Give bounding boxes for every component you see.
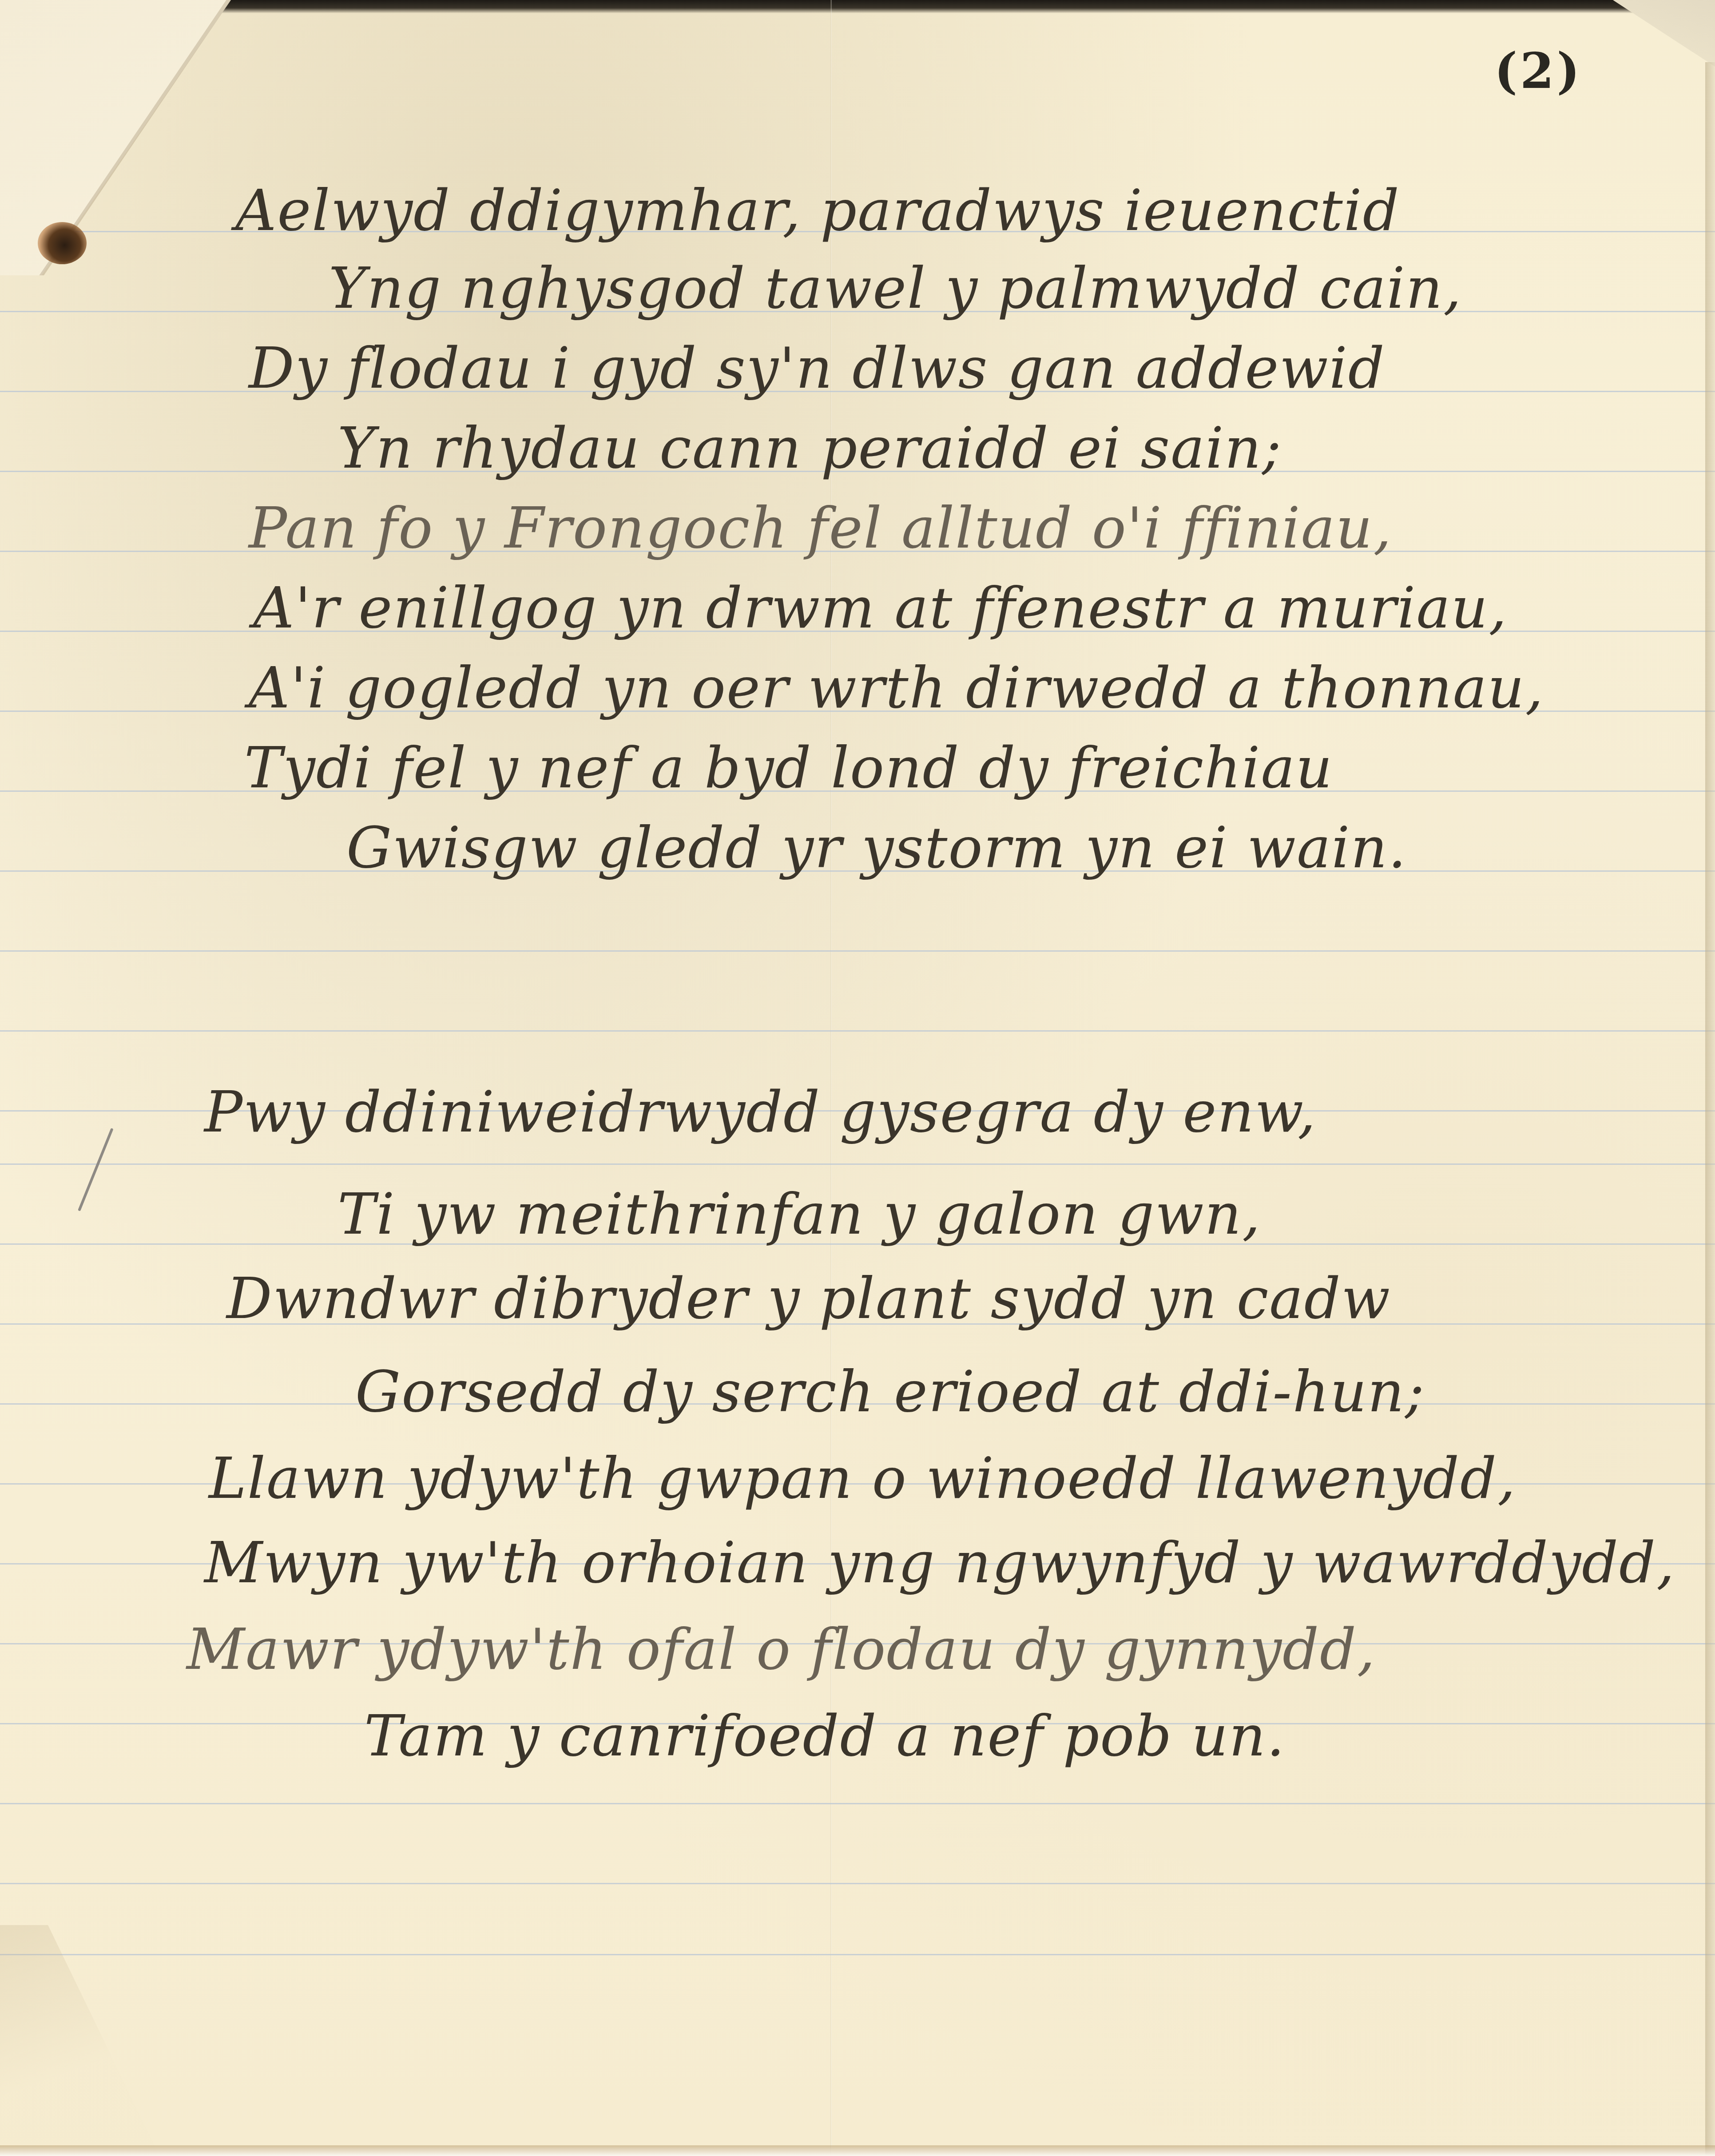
verse-line: Tydi fel y nef a byd lond dy freichiau [244, 735, 1333, 801]
verse-line: A'i gogledd yn oer wrth dirwedd a thonna… [249, 655, 1544, 721]
verse-line: Pan fo y Frongoch fel alltud o'i ffiniau… [249, 495, 1392, 561]
verse-line: Pwy ddiniweidrwydd gysegra dy enw, [204, 1079, 1317, 1145]
manuscript-page: (2) Aelwyd ddigymhar, paradwys ieuenctid… [0, 0, 1715, 2156]
curled-corner-bottom-left [0, 1925, 160, 2156]
ruled-line [0, 1163, 1715, 1165]
page-number: (2) [1494, 42, 1583, 99]
rust-stain-hole [38, 222, 87, 264]
verse-line: Gwisgw gledd yr ystorm yn ei wain. [346, 815, 1407, 881]
ruled-line [0, 1954, 1715, 1955]
verse-line: Tam y canrifoedd a nef pob un. [364, 1703, 1286, 1769]
verse-line: Mwyn yw'th orhoian yng ngwynfyd y wawrdd… [204, 1530, 1675, 1596]
verse-line: Dwndwr dibryder y plant sydd yn cadw [226, 1266, 1391, 1332]
ruled-line [0, 950, 1715, 952]
ruled-line [0, 1883, 1715, 1884]
ruled-line [0, 1030, 1715, 1032]
verse-line: Llawn ydyw'th gwpan o winoedd llawenydd, [209, 1445, 1517, 1512]
verse-line: Yn rhydau cann peraidd ei sain; [337, 415, 1282, 481]
fold-crease [830, 0, 832, 2156]
verse-line: Ti yw meithrinfan y galon gwn, [337, 1181, 1261, 1247]
page-right-edge [1705, 62, 1715, 2156]
verse-line: Gorsedd dy serch erioed at ddi-hun; [355, 1359, 1425, 1425]
page-top-shadow [213, 0, 1679, 13]
ruled-line [0, 1803, 1715, 1804]
verse-line: Mawr ydyw'th ofal o flodau dy gynnydd, [187, 1616, 1376, 1683]
pencil-margin-mark [78, 1128, 113, 1211]
page-bottom-edge [0, 2145, 1715, 2156]
verse-line: Yng nghysgod tawel y palmwydd cain, [329, 255, 1462, 322]
verse-line: Dy flodau i gyd sy'n dlws gan addewid [249, 335, 1385, 401]
folded-corner-top-right [1613, 0, 1715, 67]
verse-line: Aelwyd ddigymhar, paradwys ieuenctid [235, 178, 1400, 244]
folded-corner-top-left [0, 0, 231, 275]
verse-line: A'r enillgog yn drwm at ffenestr a muria… [253, 575, 1508, 641]
